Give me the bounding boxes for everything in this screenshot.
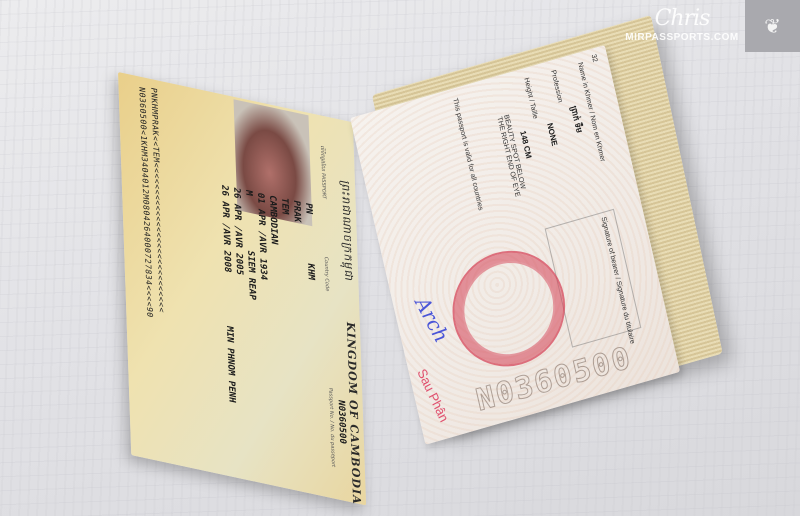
distinguishing-marks-value: BEAUTY SPOT BELOW THE RIGHT END OF EYE [496, 114, 530, 206]
validity-note: This passport is valid for all countries [451, 97, 484, 211]
watermark-signature: Chris [622, 6, 742, 32]
watermark-site: MIRPASSPORTS.COM [622, 32, 742, 43]
passport-data-page: PNKHMPRAK<<TEM<<<<<<<<<<<<<<<<<<<<<<<<<<… [118, 72, 366, 505]
surname: PRAK [291, 199, 302, 223]
page-number: 32 [590, 54, 598, 64]
passport-photo-scene: PNKHMPRAK<<TEM<<<<<<<<<<<<<<<<<<<<<<<<<<… [0, 0, 800, 516]
country-code-label: Country Code [323, 256, 330, 292]
passport-number: N0360500 [336, 399, 348, 445]
country-code: KHM [305, 262, 316, 281]
height-value: 148 CM [518, 130, 533, 160]
profession-label: Profession [549, 69, 563, 103]
name-in-khmer-label: Name in Khmer / Nom en Khmer [576, 62, 606, 163]
name-in-khmer-value: ព្រាក់ ទឹម [567, 104, 585, 134]
issuing-authority: MIN PHNOM PENH [224, 325, 237, 404]
signature-label: Signature of bearer / Signature du titul… [600, 216, 636, 345]
given-names: TEM [279, 197, 290, 216]
place-of-birth: SIEM REAP [245, 249, 257, 300]
date-of-expiry: 26 APR /AVR 2008 [219, 184, 232, 274]
profession-value: NONE [545, 122, 559, 147]
laurel-wreath-icon: ❦ [745, 0, 800, 52]
nationality: CAMBODIAN [267, 194, 279, 245]
official-signature: Arch [410, 292, 453, 346]
passport-type: PN [303, 202, 313, 215]
height-label: Height / Taille [522, 77, 538, 120]
signatory-name: Sau Phân [414, 366, 451, 424]
country-name-khmer: ព្រះរាជាណាចក្រកម្ពុជា [336, 179, 355, 283]
watermark: Chris MIRPASSPORTS.COM [622, 6, 742, 54]
country-name: KINGDOM OF CAMBODIA [344, 321, 363, 507]
document-label: លិខិតឆ្លងដែន PASSPORT [318, 145, 327, 199]
